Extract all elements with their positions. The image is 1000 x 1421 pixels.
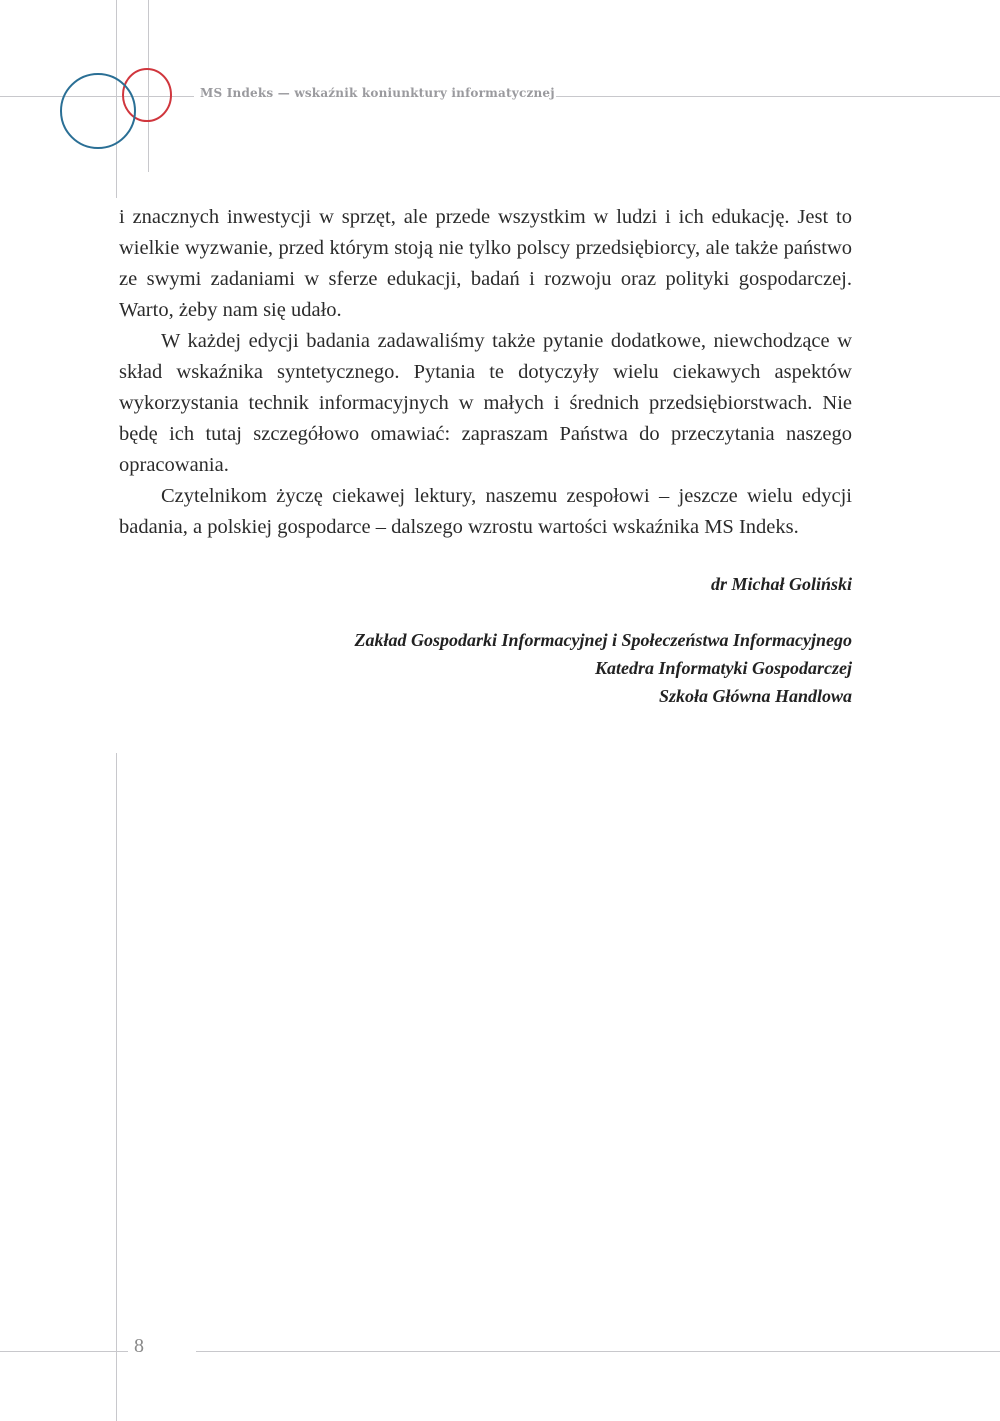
affiliation-line: Szkoła Główna Handlowa [659,686,852,707]
paragraph: Czytelnikom życzę ciekawej lektury, nasz… [119,481,852,543]
affiliation-line: Zakład Gospodarki Informacyjnej i Społec… [354,630,852,651]
paragraph: W każdej edycji badania zadawaliśmy takż… [119,326,852,481]
body-text: i znacznych inwestycji w sprzęt, ale prz… [119,202,852,543]
header-rule-right [556,96,1000,97]
footer-vertical-rule [116,753,117,1421]
author-name: dr Michał Goliński [711,574,852,595]
paragraph: i znacznych inwestycji w sprzęt, ale prz… [119,202,852,326]
affiliation-line: Katedra Informatyki Gospodarczej [595,658,852,679]
footer-rule-left [0,1351,128,1352]
page-number: 8 [134,1335,144,1358]
two-circles-logo-icon [0,0,200,200]
running-header-title: MS Indeks — wskaźnik koniunktury informa… [200,86,555,100]
footer-rule-right [196,1351,1000,1352]
